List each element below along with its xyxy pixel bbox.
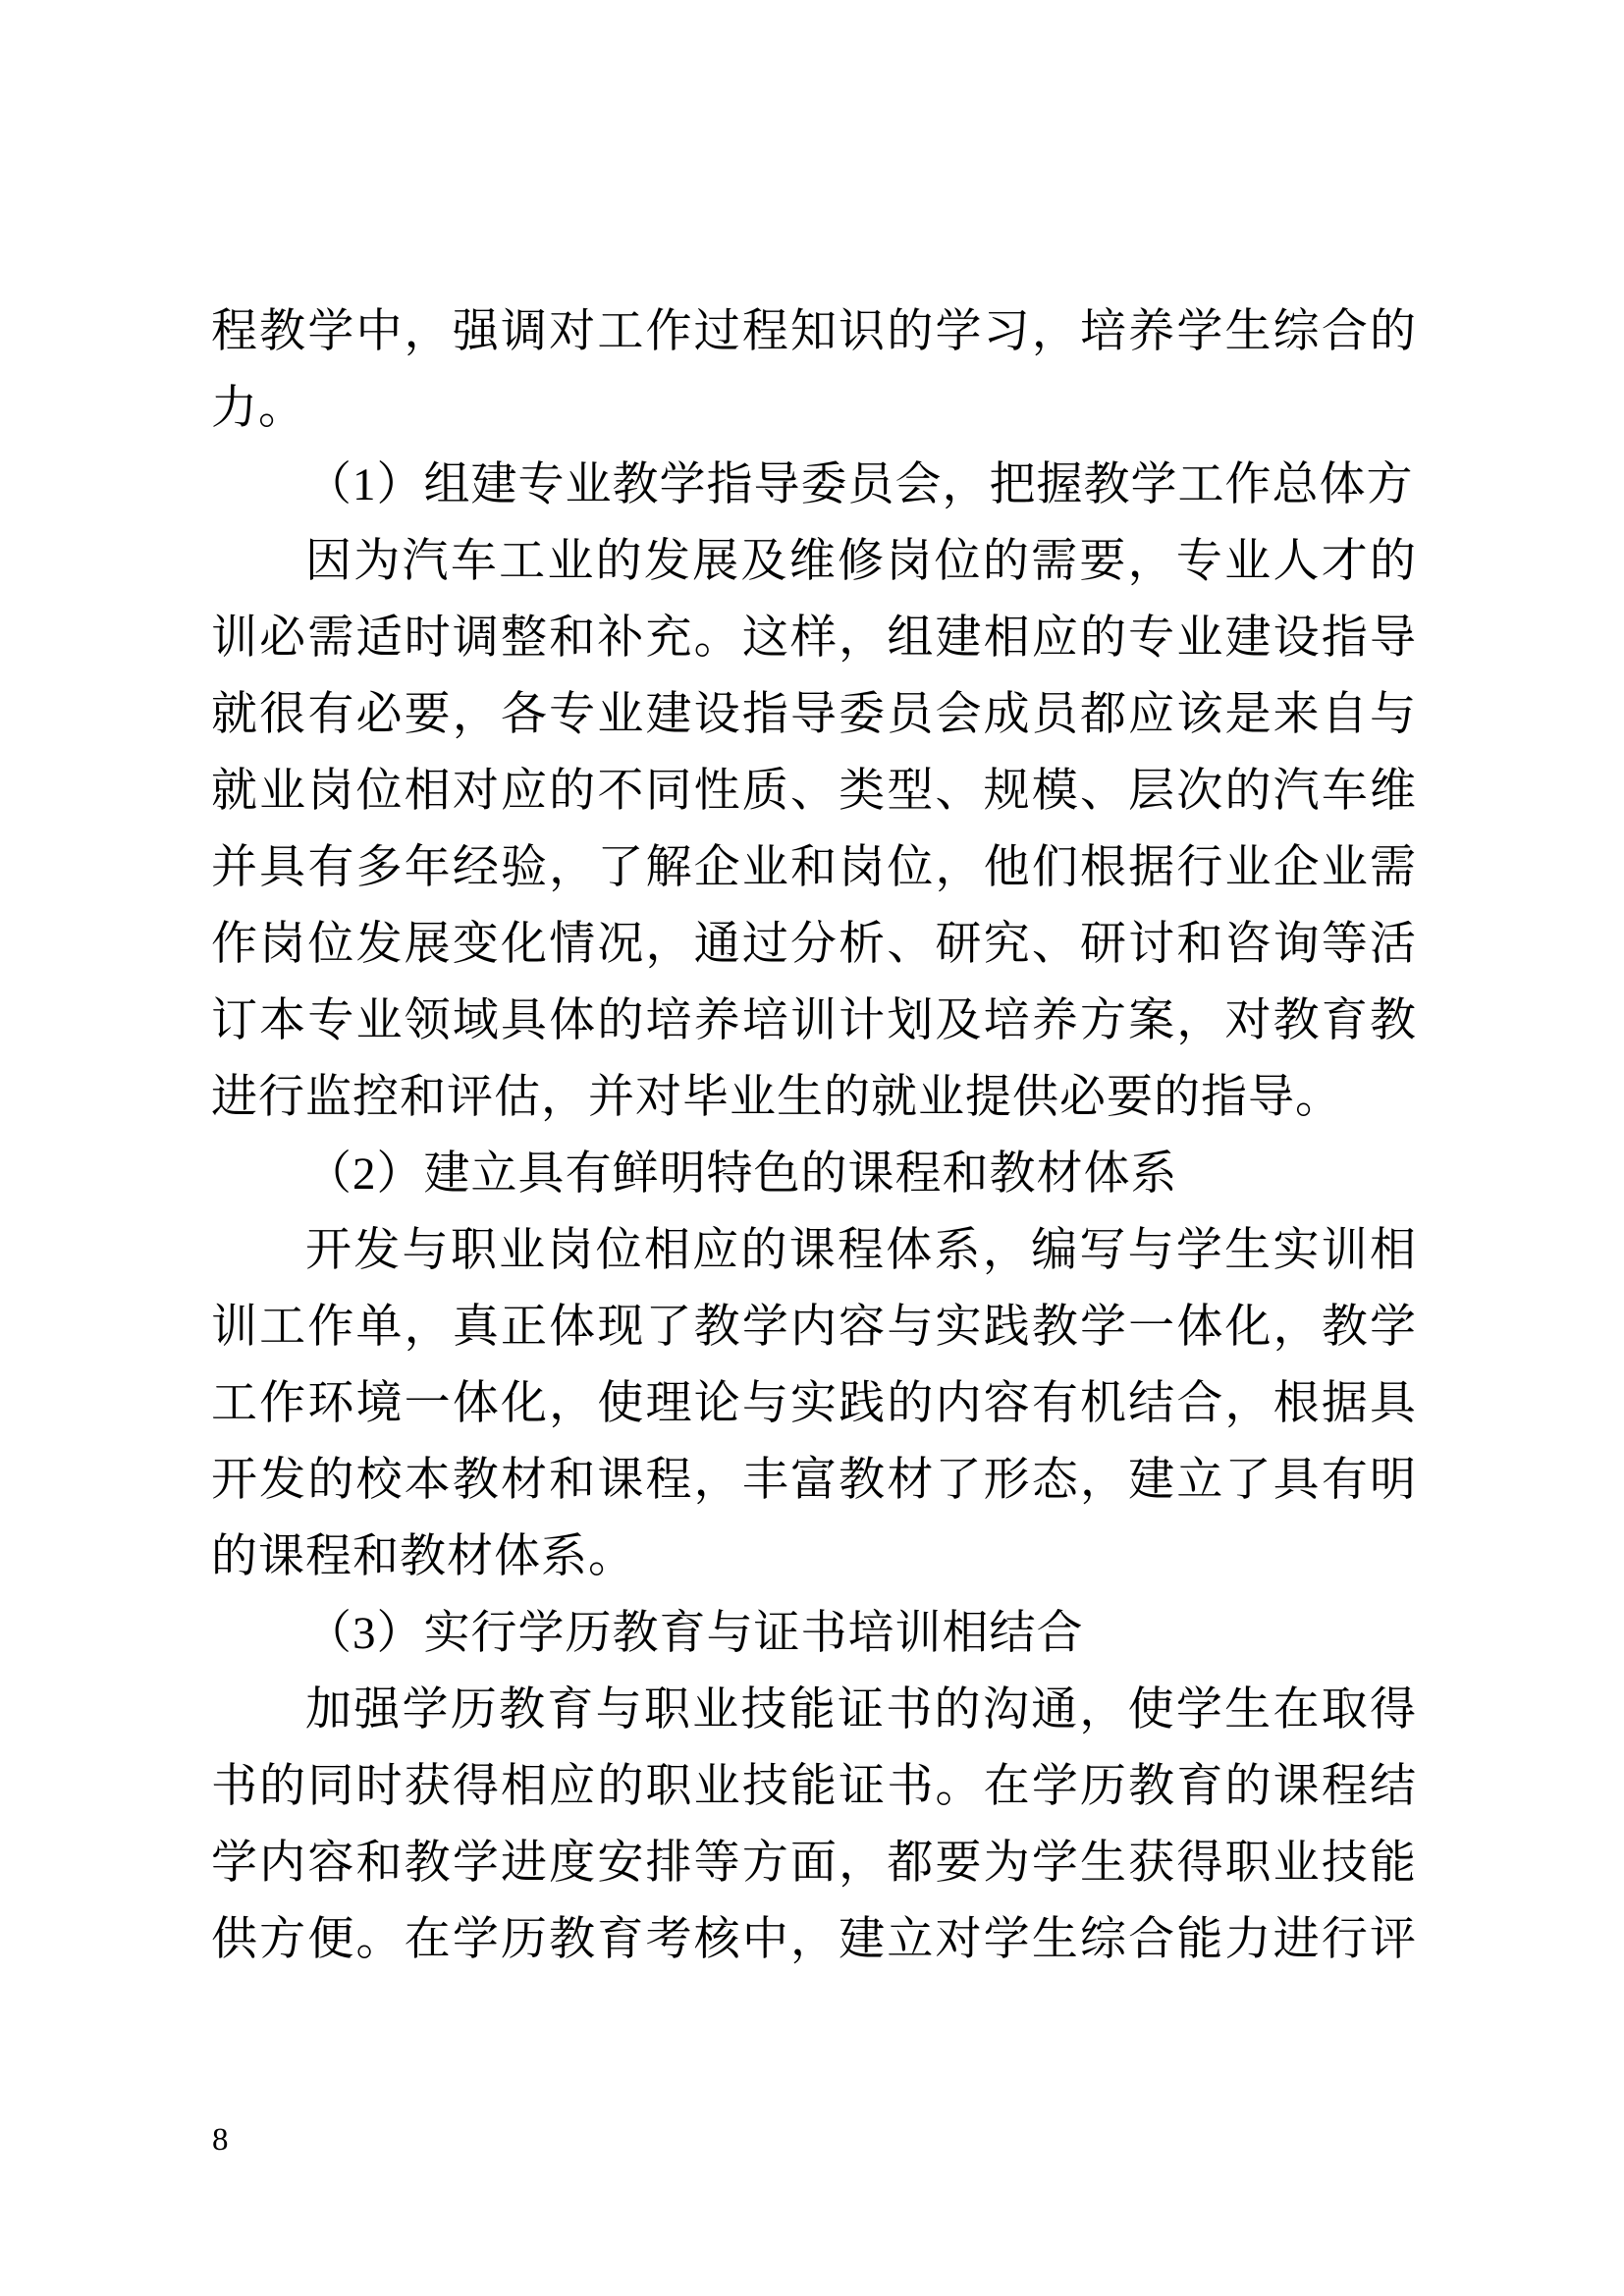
- page-number: 8: [212, 2116, 229, 2163]
- paragraph: 加强学历教育与职业技能证书的沟通，使学生在取得学历证书的同时获得相应的职业技能证…: [211, 1672, 1417, 1978]
- paragraph: 程教学中，强调对工作过程知识的学习，培养学生综合的职业能力。: [211, 294, 1417, 447]
- paragraph-heading: （3）实行学历教育与证书培训相结合: [211, 1595, 1417, 1672]
- text-line: 力。: [211, 370, 1417, 447]
- text-line: 开发的校本教材和课程，丰富教材了形态，建立了具有明显特色: [211, 1442, 1417, 1519]
- text-line: 训工作单，真正体现了教学内容与实践教学一体化，教学情境与: [211, 1289, 1417, 1365]
- text-line: 进行监控和评估，并对毕业生的就业提供必要的指导。: [211, 1059, 1417, 1136]
- text-line: （2）建立具有鲜明特色的课程和教材体系: [211, 1136, 1417, 1212]
- document-page: 程教学中，强调对工作过程知识的学习，培养学生综合的职业能力。（1）组建专业教学指…: [0, 0, 1624, 2296]
- text-line: （3）实行学历教育与证书培训相结合: [211, 1595, 1417, 1672]
- text-line: 学内容和教学进度安排等方面，都要为学生获得职业技能证书提: [211, 1825, 1417, 1901]
- paragraph: 开发与职业岗位相应的课程体系，编写与学生实训相应的实训工作单，真正体现了教学内容…: [211, 1212, 1417, 1595]
- document-body: 程教学中，强调对工作过程知识的学习，培养学生综合的职业能力。（1）组建专业教学指…: [211, 294, 1417, 1978]
- text-line: 开发与职业岗位相应的课程体系，编写与学生实训相应的实: [211, 1212, 1417, 1289]
- text-line: 训必需适时调整和补充。这样，组建相应的专业建设指导委员会: [211, 600, 1417, 676]
- text-line: 供方便。在学历教育考核中，建立对学生综合能力进行评估的机: [211, 1901, 1417, 1978]
- text-line: 就业岗位相对应的不同性质、类型、规模、层次的汽车维修企业，: [211, 753, 1417, 829]
- text-line: 因为汽车工业的发展及维修岗位的需要，专业人才的培养培: [211, 523, 1417, 600]
- text-line: 加强学历教育与职业技能证书的沟通，使学生在取得学历证: [211, 1672, 1417, 1748]
- text-line: 并具有多年经验，了解企业和岗位，他们根据行业企业需求和工: [211, 829, 1417, 906]
- text-line: 工作环境一体化，使理论与实践的内容有机结合，根据具体情况: [211, 1365, 1417, 1442]
- paragraph-heading: （2）建立具有鲜明特色的课程和教材体系: [211, 1136, 1417, 1212]
- paragraph: 因为汽车工业的发展及维修岗位的需要，专业人才的培养培训必需适时调整和补充。这样，…: [211, 523, 1417, 1136]
- text-line: 的课程和教材体系。: [211, 1519, 1417, 1595]
- text-line: 书的同时获得相应的职业技能证书。在学历教育的课程结构、教: [211, 1748, 1417, 1825]
- paragraph-heading: （1）组建专业教学指导委员会，把握教学工作总体方向: [211, 447, 1417, 523]
- text-line: 就很有必要，各专业建设指导委员会成员都应该是来自与毕业生: [211, 676, 1417, 753]
- text-line: 订本专业领域具体的培养培训计划及培养方案，对教育教学过程: [211, 983, 1417, 1059]
- text-line: 程教学中，强调对工作过程知识的学习，培养学生综合的职业能: [211, 294, 1417, 370]
- text-line: （1）组建专业教学指导委员会，把握教学工作总体方向: [211, 447, 1417, 523]
- text-line: 作岗位发展变化情况，通过分析、研究、研讨和咨询等活动，制: [211, 906, 1417, 983]
